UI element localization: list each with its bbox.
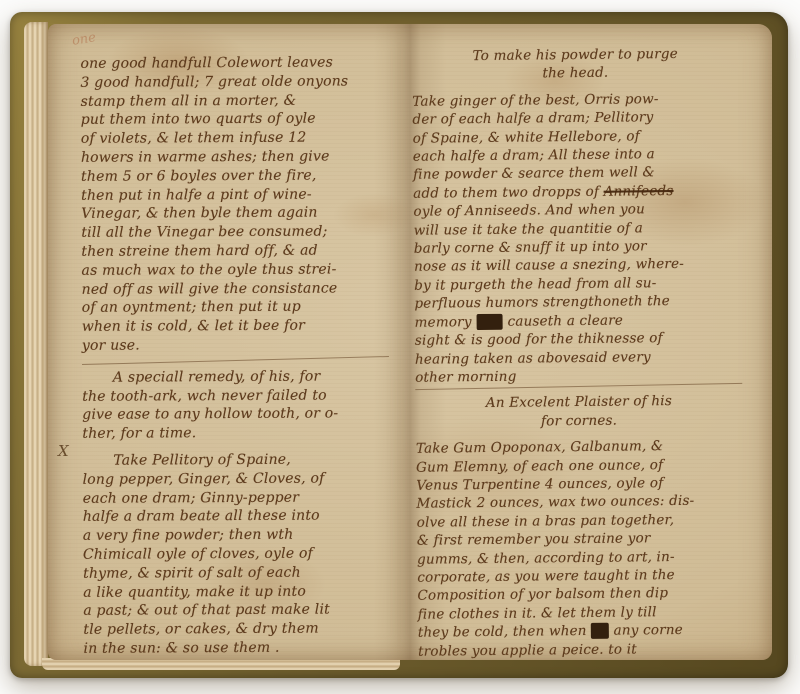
manuscript-line: howers in warme ashes; then give: [81, 147, 390, 167]
ghost-catchword: one: [71, 30, 97, 49]
ink-blot: [591, 623, 609, 639]
manuscript-line: trobles you applie a peice. to it: [418, 639, 745, 660]
recipe-toothache-paragraph: Take Pellitory of Spaine,long pepper, Gi…: [82, 450, 392, 658]
plaister-recipe-heading: An Excelent Plaister of hisfor cornes.: [415, 392, 742, 432]
manuscript-line: ned off as will give the consistance: [82, 279, 391, 299]
powder-recipe-heading: To make his powder to purgethe head.: [412, 44, 739, 84]
manuscript-line: then streine them hard off, & ad: [81, 241, 390, 261]
manuscript-line: yor use.: [82, 335, 391, 355]
manuscript-line: tle pellets, or cakes, & dry them: [83, 619, 392, 639]
manuscript-line: ther, for a time.: [82, 423, 391, 443]
manuscript-line: one good handfull Colewort leaves: [80, 53, 389, 73]
manuscript-line: till all the Vinegar bee consumed;: [81, 222, 390, 242]
manuscript-line: the tooth-ark, wch never failed to: [82, 386, 391, 406]
manuscript-line: a past; & out of that past make lit: [83, 600, 392, 620]
recipe-oyntment-paragraph: one good handfull Colewort leaves3 good …: [80, 53, 391, 355]
manuscript-line: A speciall remedy, of his, for: [82, 367, 391, 387]
manuscript-line: stamp them all in a morter, &: [81, 91, 390, 111]
recipe-powder-paragraph: Take ginger of the best, Orris pow-der o…: [412, 89, 742, 387]
left-page: one X one good handfull Colewort leaves3…: [48, 24, 399, 660]
manuscript-line: Chimicall oyle of cloves, oyle of: [83, 544, 392, 564]
manuscript-line: Vinegar, & then byle them again: [81, 204, 390, 224]
open-page-spread: one X one good handfull Colewort leaves3…: [48, 24, 772, 660]
manuscript-line: give ease to any hollow tooth, or o-: [82, 405, 391, 425]
manuscript-line: each one dram; Ginny-pepper: [83, 488, 392, 508]
toothache-remedy-heading: A speciall remedy, of his, forthe tooth-…: [82, 367, 392, 444]
manuscript-line: in the sun: & so use them .: [83, 638, 392, 658]
manuscript-line: a very fine powder; then wth: [83, 525, 392, 545]
section-divider-line: [82, 356, 389, 365]
recipe-plaister-paragraph: Take Gum Opoponax, Galbanum, &Gum Elemny…: [416, 436, 745, 660]
manuscript-line: thyme, & spirit of salt of each: [83, 563, 392, 583]
manuscript-line: halfe a dram beate all these into: [83, 507, 392, 527]
manuscript-line: of an oyntment; then put it up: [82, 298, 391, 318]
manuscript-line: 3 good handfull; 7 great olde onyons: [80, 72, 389, 92]
manuscript-line: them 5 or 6 boyles over the fire,: [81, 166, 390, 186]
manuscript-line: when it is cold, & let it bee for: [82, 316, 391, 336]
manuscript-line: Take Pellitory of Spaine,: [82, 450, 391, 470]
manuscript-line: as much wax to the oyle thus strei-: [81, 260, 390, 280]
manuscript-line: for cornes.: [416, 410, 743, 432]
ink-blot: [476, 313, 503, 329]
manuscript-book: one X one good handfull Colewort leaves3…: [10, 12, 788, 678]
manuscript-line: of violets, & let them infuse 12: [81, 128, 390, 148]
manuscript-line: a like quantity, make it up into: [83, 582, 392, 602]
manuscript-line: put them into two quarts of oyle: [81, 110, 390, 130]
manuscript-line: long pepper, Ginger, & Cloves, of: [83, 469, 392, 489]
manuscript-line: then put in halfe a pint of wine-: [81, 185, 390, 205]
right-page: To make his powder to purgethe head. Tak…: [399, 24, 772, 660]
manuscript-line: the head.: [412, 63, 739, 85]
page-stack-edge-left: [24, 22, 48, 666]
margin-mark-x: X: [58, 442, 69, 460]
